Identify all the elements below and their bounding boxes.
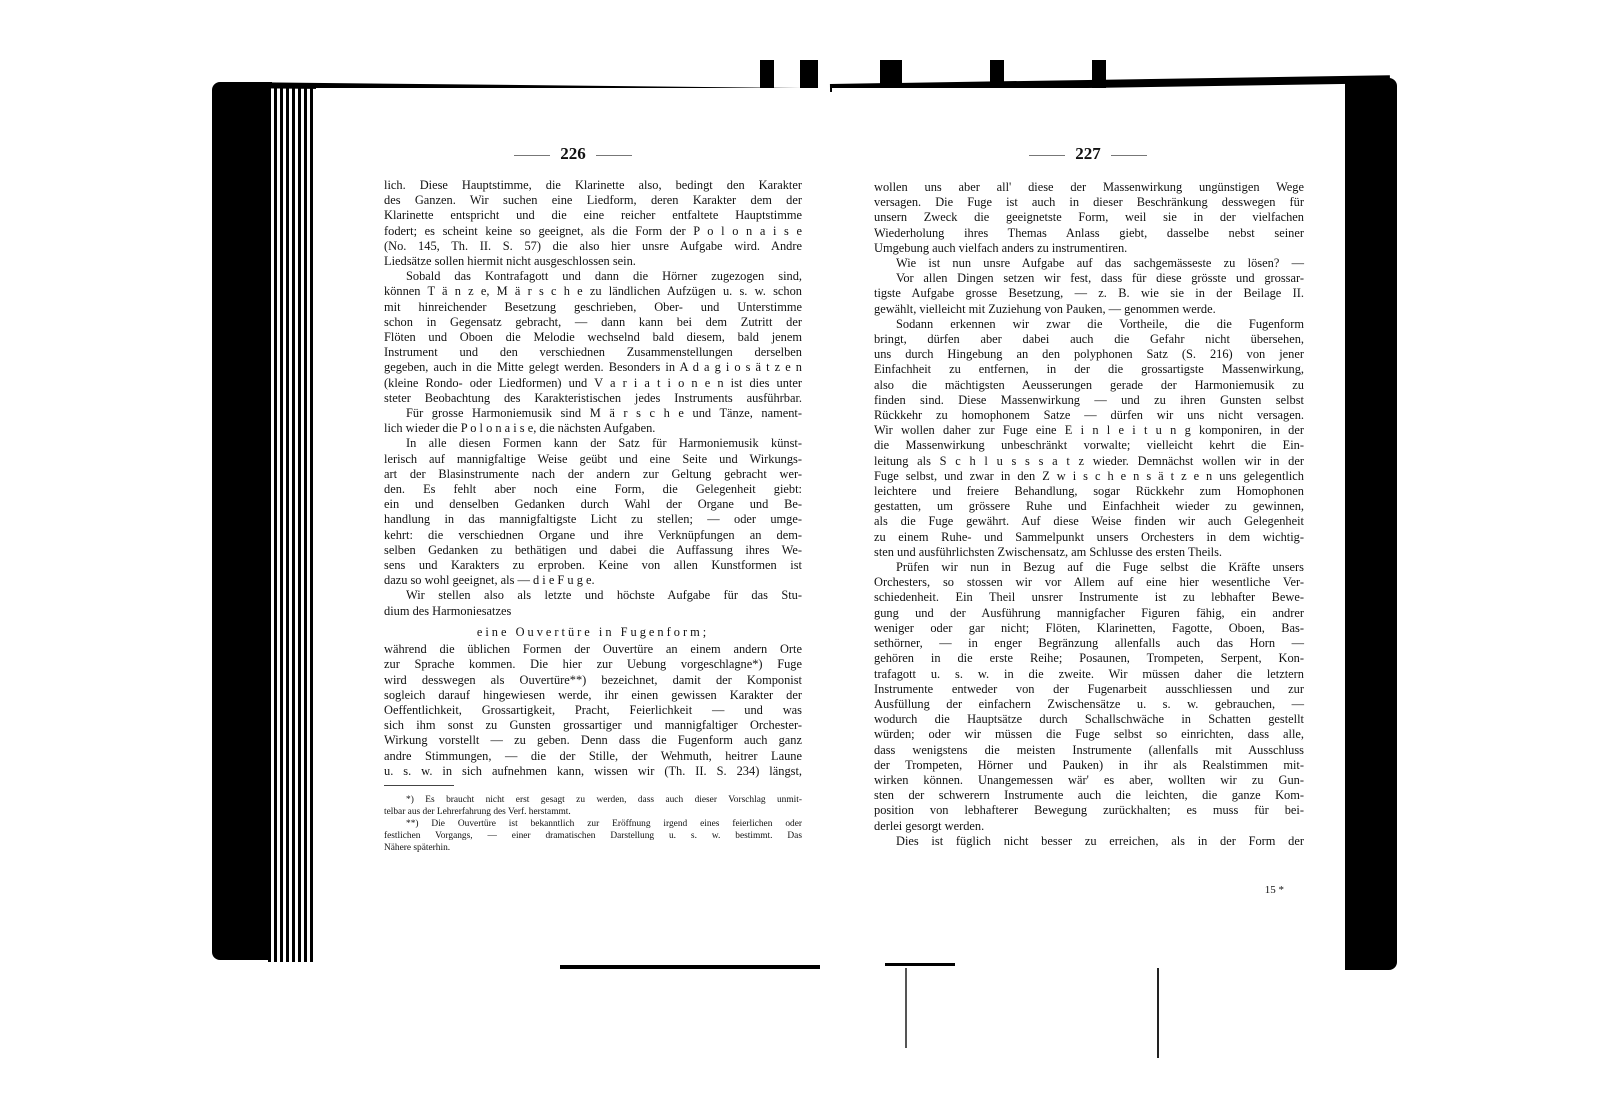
book-cover-left-edge <box>212 82 272 960</box>
text-line: Orchesters, so stossen wir vor Allem auf… <box>874 575 1304 590</box>
text-line: Sodann erkennen wir zwar die Vortheile, … <box>874 317 1304 332</box>
text-line: Liedsätze sollen hiermit nicht ausgeschl… <box>384 254 802 269</box>
text-line: Wir stellen also als letzte und höchste … <box>384 588 802 603</box>
text-line: leichtere und freiere Behandlung, sogar … <box>874 484 1304 499</box>
text-line: handlung in das mannigfaltigste Licht zu… <box>384 512 802 527</box>
text-lines: lich. Diese Hauptstimme, die Klarinette … <box>384 178 802 779</box>
text-line: andre Stimmungen, — die der Stille, der … <box>384 749 802 764</box>
text-line: ein und denselben Gedanken durch Wahl de… <box>384 497 802 512</box>
text-line: derlei gesorgt werden. <box>874 819 1304 834</box>
text-line: Ausfüllung der einfachern Zwischensätze … <box>874 697 1304 712</box>
text-line: Wiederholung ihres Themas Anlass giebt, … <box>874 226 1304 241</box>
text-line: finden sind. Diese Massenwirkung — und z… <box>874 393 1304 408</box>
binding-thread <box>1157 968 1159 1058</box>
footnotes: *) Es braucht nicht erst gesagt zu werde… <box>384 794 802 854</box>
left-page: 226 lich. Diese Hauptstimme, die Klarine… <box>316 88 830 960</box>
binding-thread <box>905 968 907 1048</box>
text-line: trafagott u. s. w. in die zweite. Wir mü… <box>874 667 1304 682</box>
header-rule <box>514 155 550 156</box>
text-line: Sobald das Kontrafagott und dann die Hör… <box>384 269 802 284</box>
text-line: können T ä n z e, M ä r s c h e zu ländl… <box>384 284 802 299</box>
text-line: Einfachheit zu entfernen, in der die gro… <box>874 362 1304 377</box>
text-line: wollen uns aber all' diese der Massenwir… <box>874 180 1304 195</box>
centered-heading-line: eine Ouvertüre in Fugenform; <box>384 625 802 640</box>
text-line: Wir wollen daher zur Fuge eine E i n l e… <box>874 423 1304 438</box>
text-line: Nähere späterhin. <box>384 842 802 854</box>
text-line: (kleine Rondo- oder Liedformen) und V a … <box>384 376 802 391</box>
text-line: während die üblichen Formen der Ouvertür… <box>384 642 802 657</box>
page-body-text: wollen uns aber all' diese der Massenwir… <box>874 180 1304 849</box>
text-lines: wollen uns aber all' diese der Massenwir… <box>874 180 1304 849</box>
page-number: 227 <box>1075 144 1101 163</box>
text-line: die Massenwirkung unbeschränkt vorwalte;… <box>874 438 1304 453</box>
text-line: der Trompeten, Hörner und Pauken) in ihr… <box>874 758 1304 773</box>
text-line: Vor allen Dingen setzen wir fest, dass f… <box>874 271 1304 286</box>
text-line: sethörner, — in enger Begränzung allenfa… <box>874 636 1304 651</box>
page-number: 226 <box>560 144 586 163</box>
text-line: festlichen Vorgangs, — einer dramatische… <box>384 830 802 842</box>
text-line: leitung als S c h l u s s s a t z wieder… <box>874 454 1304 469</box>
text-line: Wirkung vorstellt — zu geben. Denn dass … <box>384 733 802 748</box>
header-rule <box>596 155 632 156</box>
text-line: Rückkehr zu homophonem Satze — dürfen wi… <box>874 408 1304 423</box>
text-line: fodert; es scheint keine so geeignet, al… <box>384 224 802 239</box>
text-line: dazu so wohl geeignet, als — d i e F u g… <box>384 573 802 588</box>
text-line: des Ganzen. Wir suchen eine Liedform, de… <box>384 193 802 208</box>
text-line: Umgebung auch vielfach anders zu instrum… <box>874 241 1304 256</box>
text-line: dass wenigstens die meisten Instrumente … <box>874 743 1304 758</box>
text-line: Instrument und den verschiednen Zusammen… <box>384 345 802 360</box>
text-line: zur Sprache kommen. Die hier zur Uebung … <box>384 657 802 672</box>
text-line: Dies ist füglich nicht besser zu erreich… <box>874 834 1304 849</box>
text-line: (No. 145, Th. II. S. 57) die also hier u… <box>384 239 802 254</box>
text-line: lich wieder die P o l o n a i s e, die n… <box>384 421 802 436</box>
text-line: Wie ist nun unsre Aufgabe auf das sachge… <box>874 256 1304 271</box>
text-line: unsern Zweck die geeignetste Form, weil … <box>874 210 1304 225</box>
book-bottom-edge <box>885 963 955 966</box>
text-line: gung und der Ausführung mannigfacher Fig… <box>874 606 1304 621</box>
book-bottom-edge <box>560 965 820 969</box>
text-line: dium des Harmoniesatzes <box>384 604 802 619</box>
text-line: würden; oder wir müssen die Fuge selbst … <box>874 727 1304 742</box>
text-line: sich ihm sonst zu Gunsten grossartiger u… <box>384 718 802 733</box>
text-line: uns durch Hingebung an den polyphonen Sa… <box>874 347 1304 362</box>
text-line: als die Fuge gewährt. Auf diese Weise fi… <box>874 514 1304 529</box>
text-line: versagen. Die Fuge ist auch in dieser Be… <box>874 195 1304 210</box>
text-line: u. s. w. in sich aufnehmen kann, wissen … <box>384 764 802 779</box>
text-line: gegeben, auch in die Mitte gelegt werden… <box>384 360 802 375</box>
book-cover-right-edge <box>1345 78 1397 970</box>
text-line: Prüfen wir nun in Bezug auf die Fuge sel… <box>874 560 1304 575</box>
text-line: Für grosse Harmoniemusik sind M ä r s c … <box>384 406 802 421</box>
text-line: bringt, dürfen aber dabei auch die Gefah… <box>874 332 1304 347</box>
text-line: den. Es fehlt aber noch eine Form, die G… <box>384 482 802 497</box>
text-line: Flöten und Oboen die Melodie wechselnd b… <box>384 330 802 345</box>
right-page: 227 wollen uns aber all' diese der Masse… <box>832 88 1344 960</box>
text-line: also die mächtigsten Aeusserungen gerade… <box>874 378 1304 393</box>
text-line: Fuge selbst, und zwar in den Z w i s c h… <box>874 469 1304 484</box>
text-line: weniger oder gar nicht; Flöten, Klarinet… <box>874 621 1304 636</box>
text-line: Klarinette entspricht und die eine reich… <box>384 208 802 223</box>
header-rule <box>1111 155 1147 156</box>
text-line: lich. Diese Hauptstimme, die Klarinette … <box>384 178 802 193</box>
text-line: sogleich darauf hingewiesen werde, ihr e… <box>384 688 802 703</box>
text-line: schon in Gegensatz gebracht, — dann kann… <box>384 315 802 330</box>
text-line: lerisch auf mannigfaltige Weise geübt un… <box>384 452 802 467</box>
text-line: Oeffentlichkeit, Grossartigkeit, Pracht,… <box>384 703 802 718</box>
text-line: position von lebhafterer Bewegung zurück… <box>874 803 1304 818</box>
text-line: mit hinreichender Besetzung geschrieben,… <box>384 300 802 315</box>
text-line: wirken können. Unangemessen wär' es aber… <box>874 773 1304 788</box>
text-line: sten der schwerern Instrumente auch die … <box>874 788 1304 803</box>
text-line: selben Gedanken zu bethätigen und dabei … <box>384 543 802 558</box>
text-line: sens und Karakters zu erproben. Keine vo… <box>384 558 802 573</box>
page-edges-stack <box>268 86 316 962</box>
text-line: sten und ausführlichsten Zwischensatz, a… <box>874 545 1304 560</box>
header-rule <box>1029 155 1065 156</box>
text-line: gewählt, vielleicht mit Zuziehung von Pa… <box>874 302 1304 317</box>
text-line: zu einem Ruhe- und Sammelpunkt unsers Or… <box>874 530 1304 545</box>
text-line: tigste Aufgabe grosse Besetzung, — z. B.… <box>874 286 1304 301</box>
page-body-text: lich. Diese Hauptstimme, die Klarinette … <box>384 178 802 854</box>
text-line: schiedenheit. Ein Theil unsrer Instrumen… <box>874 590 1304 605</box>
page-header: 226 <box>316 144 830 164</box>
text-line: steter Beobachtung des Karakteristischen… <box>384 391 802 406</box>
text-line: *) Es braucht nicht erst gesagt zu werde… <box>384 794 802 806</box>
text-line: gestatten, um grössere Ruhe und Einfachh… <box>874 499 1304 514</box>
text-line: **) Die Ouvertüre ist bekanntlich zur Er… <box>384 818 802 830</box>
text-line: gehören in die erste Reihe; Posaunen, Tr… <box>874 651 1304 666</box>
text-line: telbar aus der Lehrerfahrung des Verf. h… <box>384 806 802 818</box>
text-line: art der Blasinstrumente nach der andern … <box>384 467 802 482</box>
text-line: kehrt: die verschiednen Organe und ihre … <box>384 528 802 543</box>
text-line: wodurch die Hauptsätze durch Schallschwä… <box>874 712 1304 727</box>
page-header: 227 <box>832 144 1344 164</box>
text-line: wird desswegen als Ouvertüre**) bezeichn… <box>384 673 802 688</box>
signature-mark: 15 * <box>1265 884 1284 896</box>
text-line: In alle diesen Formen kann der Satz für … <box>384 436 802 451</box>
footnote-separator <box>384 785 454 786</box>
text-line: Instrumente entweder von der Fugenarbeit… <box>874 682 1304 697</box>
